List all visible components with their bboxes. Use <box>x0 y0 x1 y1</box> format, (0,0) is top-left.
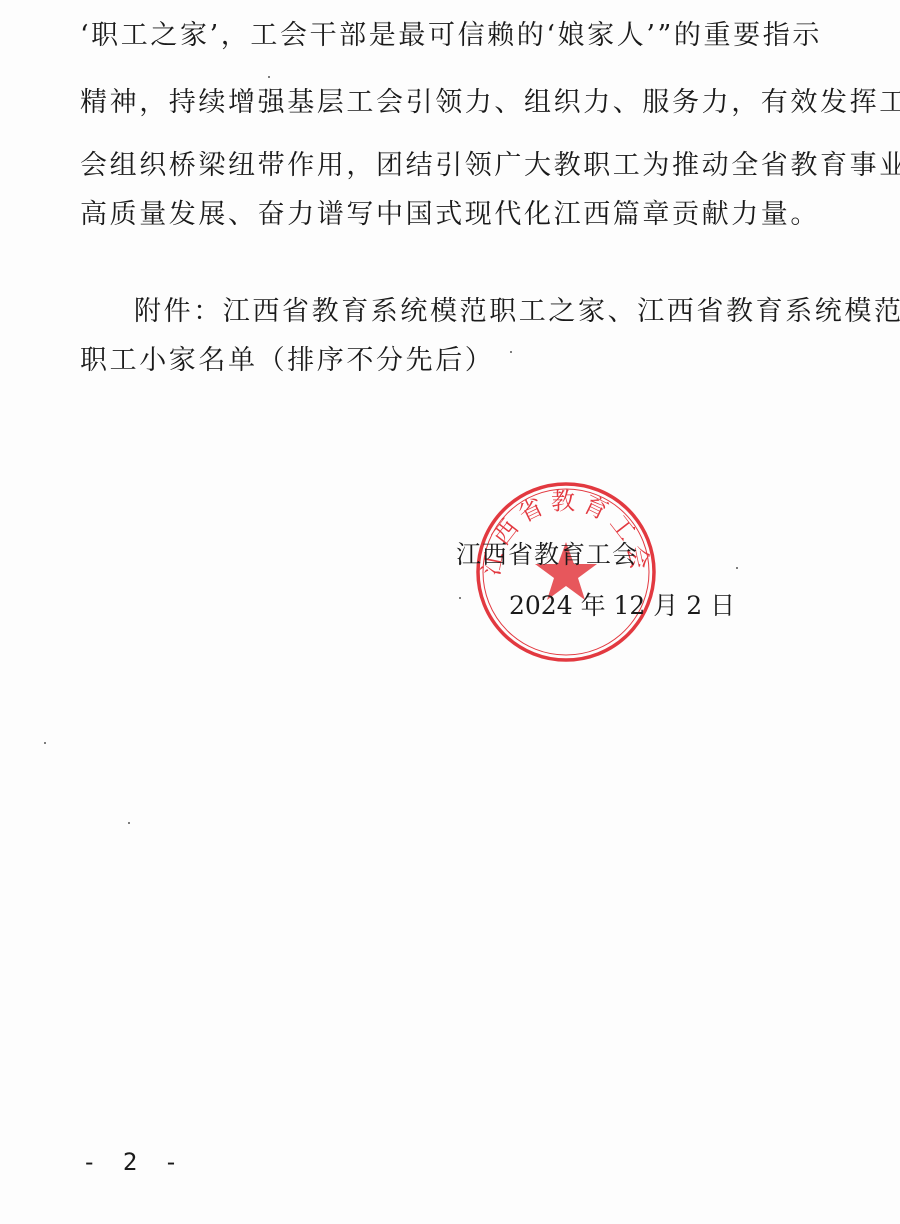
attachment-line-2: 职工小家名单（排序不分先后） <box>80 343 494 379</box>
scan-speck <box>510 351 512 353</box>
scan-speck <box>831 158 833 160</box>
official-seal-icon: 江西省教育工会 <box>474 480 658 664</box>
document-page: ‘职工之家’，工会干部是最可信赖的‘娘家人’”的重要指示 精神，持续增强基层工会… <box>0 0 900 1224</box>
attachment-line-1: 附件：江西省教育系统模范职工之家、江西省教育系统模范 <box>134 294 900 330</box>
signature-organization: 江西省教育工会 <box>456 538 638 572</box>
scan-speck <box>736 567 738 569</box>
scan-speck <box>459 597 461 599</box>
scan-speck <box>268 76 270 78</box>
body-line-3: 会组织桥梁纽带作用，团结引领广大教职工为推动全省教育事业 <box>80 148 900 184</box>
body-line-2: 精神，持续增强基层工会引领力、组织力、服务力，有效发挥工 <box>80 85 900 121</box>
page-number: - 2 - <box>82 1148 184 1176</box>
body-line-1: ‘职工之家’，工会干部是最可信赖的‘娘家人’”的重要指示 <box>80 18 822 54</box>
scan-speck <box>128 822 130 824</box>
body-line-4: 高质量发展、奋力谱写中国式现代化江西篇章贡献力量。 <box>80 197 820 233</box>
signature-date: 2024 年 12 月 2 日 <box>509 589 735 623</box>
scan-speck <box>44 742 46 744</box>
